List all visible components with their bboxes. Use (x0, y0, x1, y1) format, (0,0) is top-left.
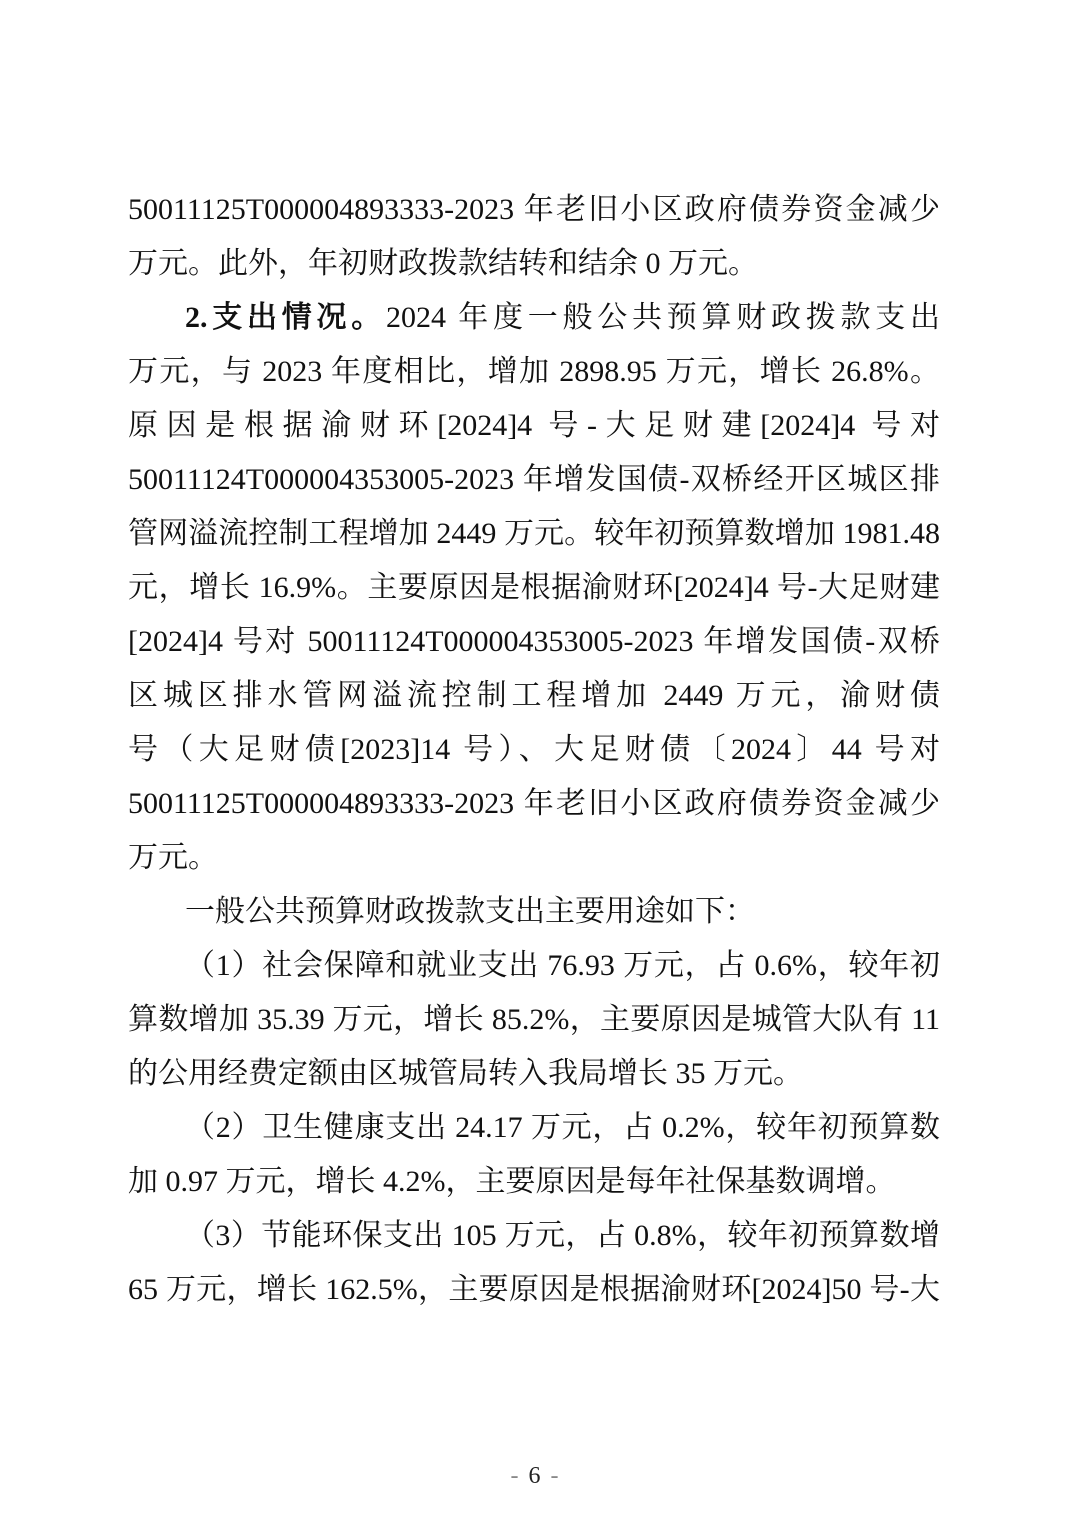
footer-left-dash: - (501, 1463, 529, 1489)
text-line: 一般公共预算财政拨款支出主要用途如下： (128, 885, 940, 939)
text-line: 万元。 (128, 831, 940, 885)
text-line: 65 万元，增长 162.5%，主要原因是根据渝财环[2024]50 号-大足 (128, 1263, 940, 1317)
text-line: 元，增长 16.9%。主要原因是根据渝财环[2024]4 号-大足财建 (128, 561, 940, 615)
text-line: 50011125T000004893333-2023 年老旧小区政府债券资金减少… (128, 183, 940, 237)
text-line: 万元，与 2023 年度相比，增加 2898.95 万元，增长 26.8%。主要 (128, 345, 940, 399)
text-line: 50011125T000004893333-2023 年老旧小区政府债券资金减少… (128, 777, 940, 831)
footer-right-dash: - (541, 1463, 569, 1489)
page-number: 6 (529, 1463, 541, 1489)
text-line: 原因是根据渝财环[2024]4 号-大足财建[2024]4 号对 (128, 399, 940, 453)
text-line: 号（大足财债[2023]14 号）、大足财债〔2024〕44 号对 (128, 723, 940, 777)
page-number-footer: -6- (0, 1458, 1069, 1494)
text-line: 加 0.97 万元，增长 4.2%，主要原因是每年社保基数调增。 (128, 1155, 940, 1209)
text-line: 区城区排水管网溢流控制工程增加 2449 万元，渝财债[2023]28 (128, 669, 940, 723)
section-heading: 2.支出情况。 (185, 301, 386, 334)
text-line: 2.支出情况。2024 年度一般公共预算财政拨款支出 13725.48 (128, 291, 940, 345)
text-line: （2）卫生健康支出 24.17 万元，占 0.2%，较年初预算数增 (128, 1101, 940, 1155)
document-body: 50011125T000004893333-2023 年老旧小区政府债券资金减少… (128, 183, 940, 1317)
text-line: [2024]4 号对 50011124T000004353005-2023 年增… (128, 615, 940, 669)
text-line: 万元。此外，年初财政拨款结转和结余 0 万元。 (128, 237, 940, 291)
text-line: （1）社会保障和就业支出 76.93 万元，占 0.6%，较年初预 (128, 939, 940, 993)
document-page: 50011125T000004893333-2023 年老旧小区政府债券资金减少… (0, 0, 1069, 1515)
text-line: 算数增加 35.39 万元，增长 85.2%，主要原因是城管大队有 11 人 (128, 993, 940, 1047)
text-line: 的公用经费定额由区城管局转入我局增长 35 万元。 (128, 1047, 940, 1101)
text-line: （3）节能环保支出 105 万元，占 0.8%，较年初预算数增加 (128, 1209, 940, 1263)
text-line: 管网溢流控制工程增加 2449 万元。较年初预算数增加 1981.48 万 (128, 507, 940, 561)
text-line: 50011124T000004353005-2023 年增发国债-双桥经开区城区… (128, 453, 940, 507)
